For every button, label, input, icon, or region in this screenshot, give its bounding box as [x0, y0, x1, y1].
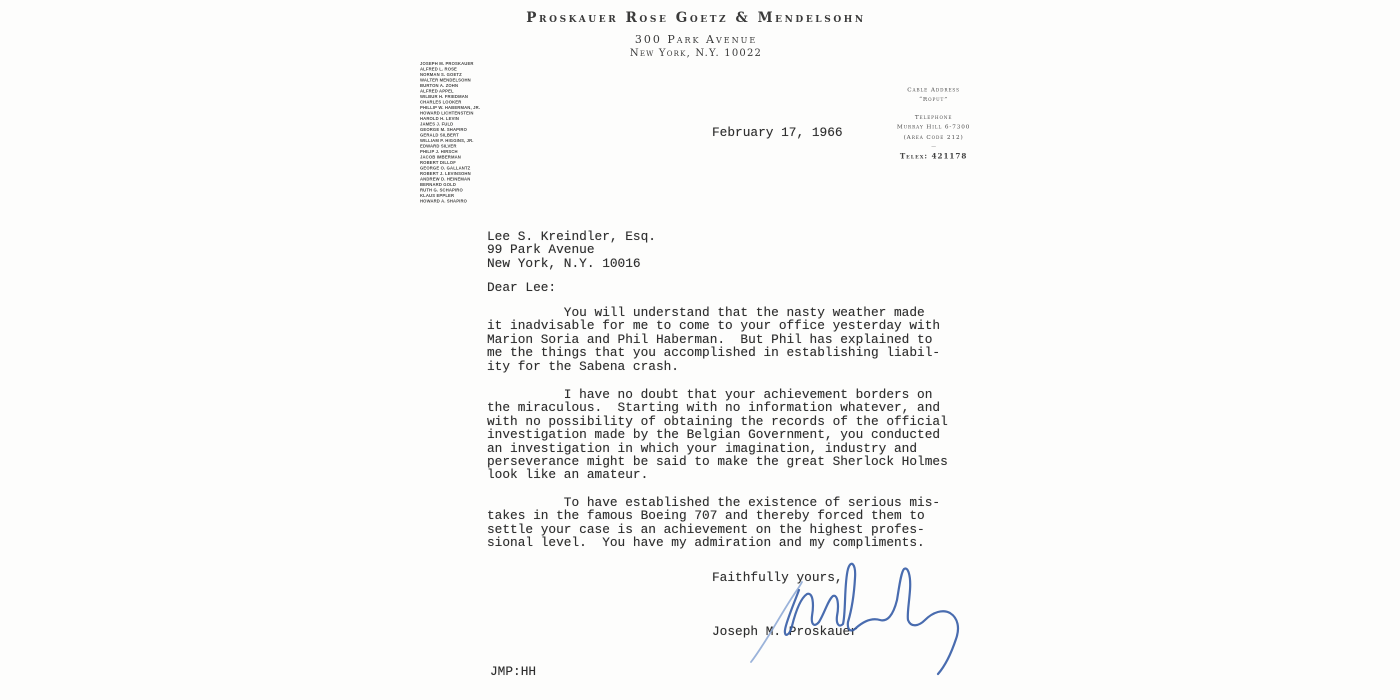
- cable-address-value: “Roput”: [876, 96, 991, 104]
- contact-block: Cable Address “Roput” Telephone Murray H…: [876, 86, 991, 160]
- handwritten-signature: [715, 548, 975, 683]
- attorney-name: HOWARD A. SHAPIRO: [420, 199, 530, 205]
- area-code: (Area Code 212): [876, 133, 991, 141]
- letterhead: Proskauer Rose Goetz & Mendelsohn 300 Pa…: [346, 10, 1046, 59]
- valediction: Faithfully yours,: [712, 571, 843, 584]
- body-paragraph-1: You will understand that the nasty weath…: [487, 306, 940, 373]
- letterhead-address-line1: 300 Park Avenue: [346, 33, 1046, 46]
- cable-address-label: Cable Address: [876, 86, 991, 94]
- telephone-value: Murray Hill 6-7300: [876, 123, 991, 131]
- firm-name: Proskauer Rose Goetz & Mendelsohn: [346, 10, 1046, 26]
- typist-reference: JMP:HH: [490, 665, 536, 678]
- telex-number: Telex: 421178: [876, 152, 991, 160]
- signature-light-stroke: [751, 582, 802, 662]
- scanned-letter-page: Proskauer Rose Goetz & Mendelsohn 300 Pa…: [0, 0, 1400, 700]
- contact-spacer: [876, 104, 991, 114]
- body-paragraph-2: I have no doubt that your achievement bo…: [487, 388, 948, 482]
- attorney-roster: JOSEPH M. PROSKAUERALFRED L. ROSENORMAN …: [420, 61, 530, 204]
- body-paragraph-3: To have established the existence of ser…: [487, 496, 940, 550]
- letter-date: February 17, 1966: [712, 126, 843, 139]
- typed-signer-name: Joseph M. Proskauer: [712, 625, 858, 638]
- signature-svg: [715, 548, 975, 683]
- recipient-address: Lee S. Kreindler, Esq. 99 Park Avenue Ne…: [487, 230, 656, 270]
- salutation: Dear Lee:: [487, 281, 556, 294]
- letterhead-address-line2: New York, N.Y. 10022: [346, 48, 1046, 59]
- telephone-label: Telephone: [876, 114, 991, 122]
- contact-divider: —: [876, 144, 991, 150]
